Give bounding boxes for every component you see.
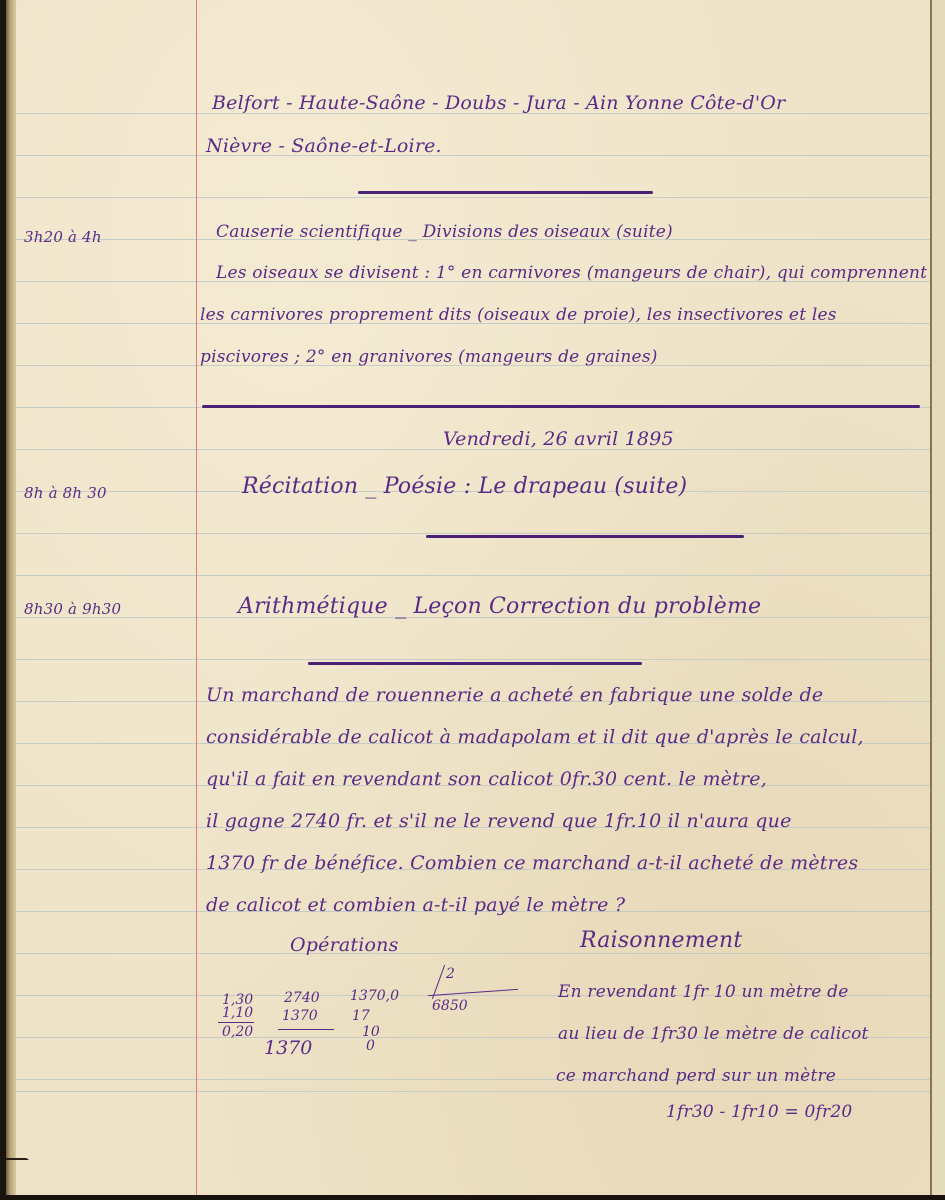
geography-line-1: Belfort - Haute-Saône - Doubs - Jura - A… bbox=[212, 92, 785, 114]
op-division-quotient: 6850 bbox=[432, 998, 468, 1014]
ruled-line bbox=[16, 953, 945, 954]
time-slot-science: 3h20 à 4h bbox=[24, 228, 102, 246]
ruled-line bbox=[16, 533, 945, 534]
ruled-line bbox=[16, 659, 945, 660]
op-difference-a: 2740 bbox=[284, 990, 320, 1006]
op-division-divisor: 2 bbox=[446, 966, 455, 982]
problem-line: considérable de calicot à madapolam et i… bbox=[206, 726, 864, 748]
problem-line: Un marchand de rouennerie a acheté en fa… bbox=[206, 684, 823, 706]
scan-background-edge bbox=[0, 1195, 945, 1200]
problem-line: de calicot et combien a-t-il payé le mèt… bbox=[206, 894, 625, 916]
reasoning-line: au lieu de 1fr30 le mètre de calicot bbox=[558, 1024, 869, 1044]
op-division-dividend: 1370,0 bbox=[350, 988, 399, 1004]
adjacent-page-strip bbox=[932, 0, 945, 1195]
reasoning-line: 1fr30 - 1fr10 = 0fr20 bbox=[666, 1102, 852, 1122]
arithmetic-title: Arithmétique _ Leçon Correction du probl… bbox=[238, 594, 761, 619]
day-separator bbox=[202, 405, 920, 408]
ruled-line bbox=[16, 1091, 945, 1092]
op-subtraction-result: 0,20 bbox=[222, 1024, 253, 1040]
notebook-page: Belfort - Haute-Saône - Doubs - Jura - A… bbox=[6, 0, 945, 1195]
op-subtraction-b: 1,10 bbox=[222, 1005, 253, 1021]
time-slot-arithmetic: 8h30 à 9h30 bbox=[24, 600, 121, 618]
op-difference-bar bbox=[278, 1029, 334, 1030]
folded-corner bbox=[6, 1158, 72, 1190]
problem-line: il gagne 2740 fr. et s'il ne le revend q… bbox=[206, 810, 792, 832]
red-margin-line bbox=[196, 0, 197, 1195]
problem-line: 1370 fr de bénéfice. Combien ce marchand… bbox=[206, 852, 858, 874]
op-difference-result: 1370 bbox=[264, 1037, 312, 1059]
op-division-partial: 17 bbox=[352, 1008, 370, 1024]
ruled-line bbox=[16, 575, 945, 576]
science-line: piscivores ; 2° en granivores (mangeurs … bbox=[200, 347, 658, 367]
ruled-line bbox=[16, 155, 945, 156]
geography-line-2: Nièvre - Saône-et-Loire. bbox=[206, 135, 442, 157]
science-title: Causerie scientifique _ Divisions des oi… bbox=[216, 222, 673, 242]
time-slot-recitation: 8h à 8h 30 bbox=[24, 484, 107, 502]
reasoning-line: En revendant 1fr 10 un mètre de bbox=[558, 982, 849, 1002]
science-line: les carnivores proprement dits (oiseaux … bbox=[200, 305, 837, 325]
section-separator bbox=[358, 191, 653, 194]
recitation-title: Récitation _ Poésie : Le drapeau (suite) bbox=[242, 474, 687, 499]
reasoning-line: ce marchand perd sur un mètre bbox=[556, 1066, 836, 1086]
problem-line: qu'il a fait en revendant son calicot 0f… bbox=[206, 768, 767, 790]
ruled-line bbox=[16, 197, 945, 198]
op-division-partial: 0 bbox=[366, 1038, 375, 1054]
reasoning-heading: Raisonnement bbox=[580, 928, 742, 953]
science-line: Les oiseaux se divisent : 1° en carnivor… bbox=[216, 263, 927, 283]
op-difference-b: 1370 bbox=[282, 1008, 318, 1024]
section-separator bbox=[426, 535, 744, 538]
date-heading: Vendredi, 26 avril 1895 bbox=[443, 428, 674, 450]
op-subtraction-bar bbox=[218, 1022, 254, 1023]
page-binding-edge bbox=[6, 0, 16, 1195]
operations-heading: Opérations bbox=[290, 934, 399, 956]
section-separator bbox=[308, 662, 642, 665]
